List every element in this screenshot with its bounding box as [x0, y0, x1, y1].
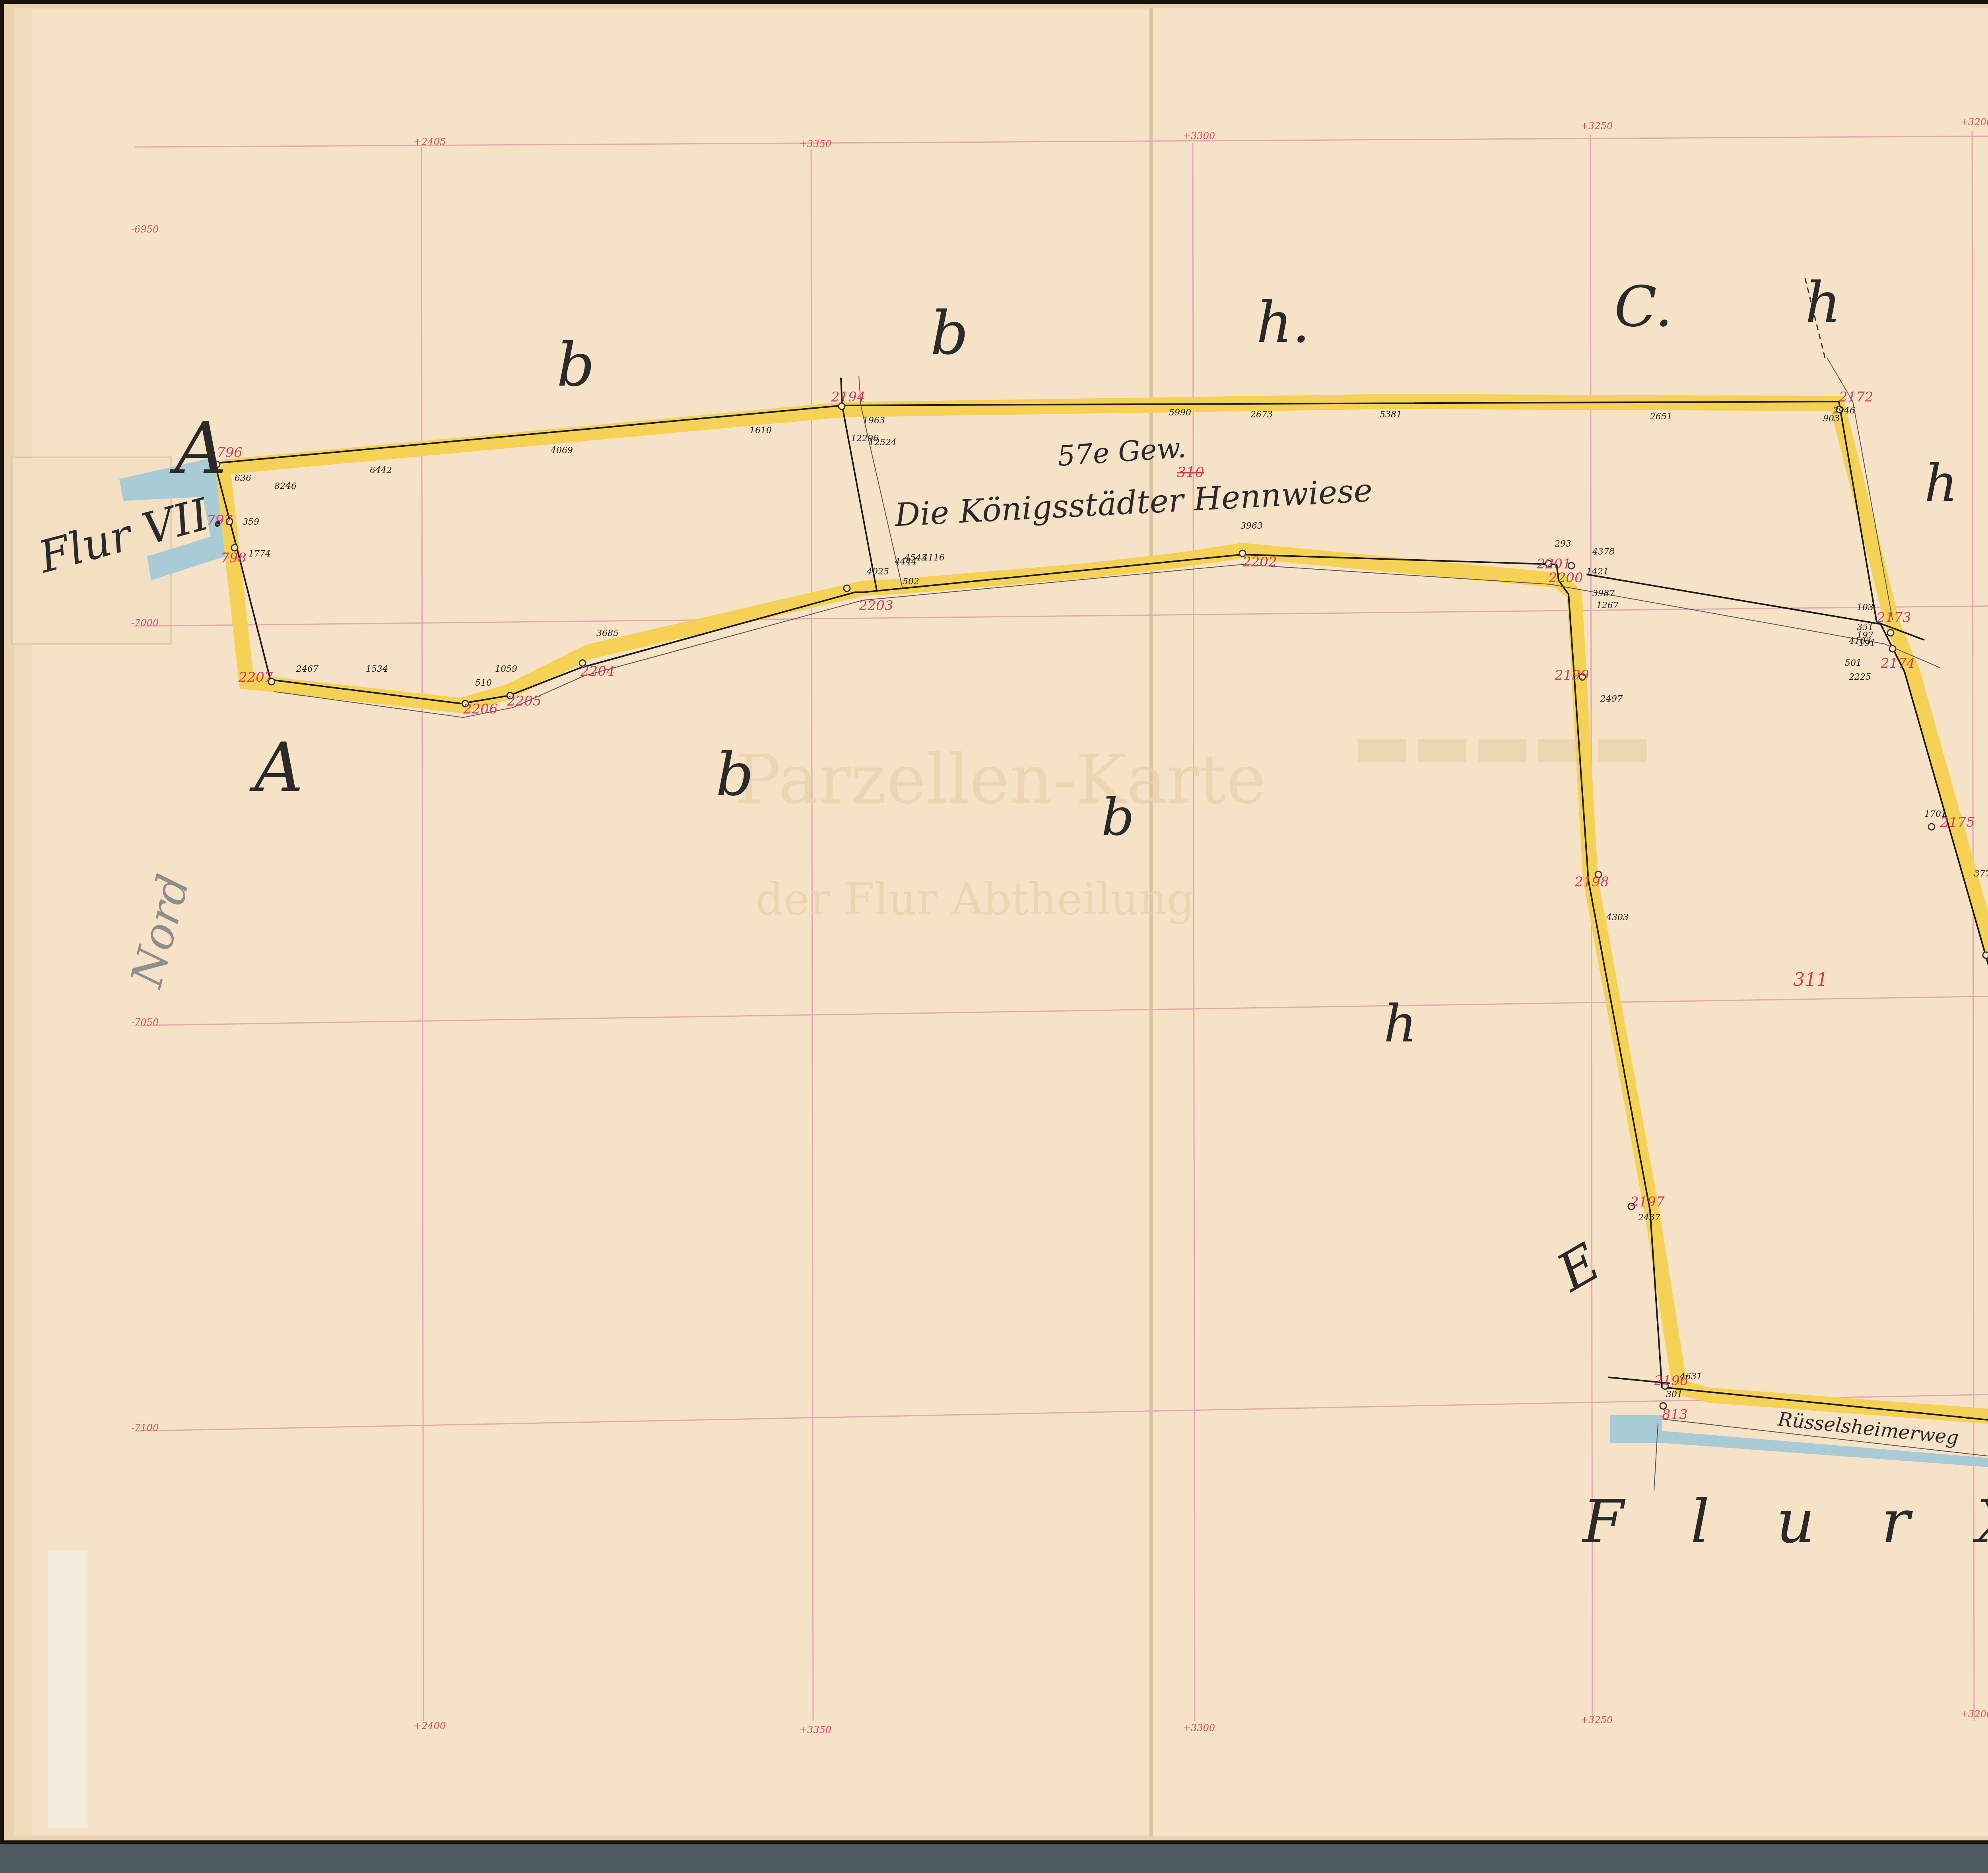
point-number: 2174	[1880, 655, 1915, 671]
measurement: 903	[1823, 414, 1840, 424]
svg-text:+3300: +3300	[1183, 1722, 1215, 1733]
measurement: 502	[903, 577, 919, 587]
measurement: 12524	[869, 438, 897, 448]
measurement: 3963	[1241, 521, 1263, 531]
point-number: 2197	[1630, 1194, 1665, 1210]
measurement: 510	[475, 678, 492, 688]
svg-text:b: b	[930, 299, 969, 368]
point-number: 2203	[858, 598, 893, 614]
measurement: 2225	[1848, 672, 1871, 682]
point-number: 797	[207, 512, 233, 528]
svg-text:b: b	[716, 740, 754, 809]
measurement: 4303	[1606, 913, 1629, 923]
measurement: 4116	[922, 553, 945, 563]
measurement: 301	[1666, 1390, 1683, 1400]
measurement: 4069	[550, 446, 573, 456]
svg-text:+2400: +2400	[414, 1720, 446, 1731]
svg-text:+3350: +3350	[799, 1724, 831, 1735]
svg-text:+3350: +3350	[799, 138, 831, 149]
cadastral-map-scan: Parzellen-Karte der Flur Abtheilung ▬▬▬▬…	[0, 0, 1988, 1873]
svg-text:h: h	[1924, 453, 1958, 513]
measurement: 1421	[1586, 567, 1609, 577]
measurement: 2673	[1250, 410, 1273, 420]
measurement: 2467	[296, 664, 318, 674]
measurement: 359	[243, 517, 259, 527]
svg-text:b: b	[1101, 787, 1134, 847]
point-number: 798	[221, 550, 247, 566]
measurement: 3987	[1592, 589, 1615, 599]
measurement: 3773	[1974, 869, 1988, 879]
svg-text:-7050: -7050	[131, 1017, 159, 1028]
measurement: 8246	[274, 481, 297, 491]
measurement: 1610	[749, 426, 772, 436]
measurement: 2651	[1650, 412, 1672, 422]
svg-text:Parzellen-Karte: Parzellen-Karte	[736, 741, 1266, 819]
point-number: 2199	[1554, 667, 1589, 683]
svg-text:der Flur Abtheilung: der Flur Abtheilung	[755, 874, 1195, 925]
svg-text:-7100: -7100	[131, 1422, 159, 1433]
svg-text:h.: h.	[1256, 291, 1310, 355]
measurement: 501	[1845, 658, 1862, 668]
svg-text:-6950: -6950	[131, 224, 159, 235]
svg-text:+3250: +3250	[1580, 120, 1613, 132]
measurement: 293	[1554, 539, 1571, 549]
svg-text:+2405: +2405	[414, 136, 446, 147]
measurement: 1701	[1924, 809, 1947, 819]
point-number: 2207	[238, 669, 273, 685]
point-number: 2200	[1548, 570, 1583, 586]
measurement: 1059	[495, 664, 517, 674]
point-number: 2206	[463, 701, 498, 717]
svg-text:+3300: +3300	[1183, 130, 1215, 142]
measurement: 4631	[1679, 1372, 1702, 1382]
neighbour-flur-label: F l u r X.	[1581, 1487, 1988, 1557]
svg-text:-7000: -7000	[131, 617, 159, 628]
point-number: 2205	[507, 693, 542, 709]
point-number: 2204	[580, 663, 615, 679]
measurement: 191	[1859, 638, 1875, 648]
point-number: 2201	[1536, 556, 1571, 572]
measurement: 1534	[366, 664, 388, 674]
parcel-number-struck: 310	[1177, 464, 1204, 481]
point-number: 813	[1662, 1407, 1688, 1423]
measurement: 4378	[1592, 547, 1615, 557]
measurement: 1774	[248, 549, 271, 559]
measurement: 1267	[1596, 601, 1619, 611]
point-number: 2198	[1574, 874, 1609, 890]
measurement: 2437	[1638, 1213, 1660, 1223]
measurement: 4025	[866, 567, 889, 577]
point-number: 2202	[1242, 554, 1277, 570]
parcel-number: 311	[1793, 969, 1828, 990]
svg-text:+3250: +3250	[1580, 1714, 1613, 1726]
svg-text:h: h	[1384, 993, 1417, 1054]
measurement: 636	[235, 473, 251, 483]
svg-text:A: A	[249, 729, 303, 807]
point-number: 796	[217, 445, 243, 461]
svg-text:+3200: +3200	[1960, 1708, 1988, 1720]
svg-text:C.: C.	[1614, 275, 1673, 339]
svg-text:+3200: +3200	[1960, 116, 1988, 128]
svg-text:b: b	[557, 331, 595, 400]
point-number: 2194	[831, 389, 866, 405]
measurement: 5990	[1169, 408, 1191, 418]
right-page	[1149, 8, 1988, 1836]
measurement: 103	[1857, 603, 1873, 613]
measurement: 6442	[370, 465, 392, 475]
measurement: 3685	[596, 628, 619, 638]
bottom-band	[0, 1844, 1988, 1873]
measurement: 1963	[863, 416, 885, 426]
svg-text:▬▬▬▬▬: ▬▬▬▬▬	[1352, 708, 1652, 782]
measurement: 5381	[1380, 410, 1402, 420]
point-number: 2173	[1876, 610, 1911, 626]
svg-text:h: h	[1805, 271, 1841, 335]
point-number: 2172	[1839, 389, 1873, 405]
measurement: 2497	[1600, 694, 1623, 704]
